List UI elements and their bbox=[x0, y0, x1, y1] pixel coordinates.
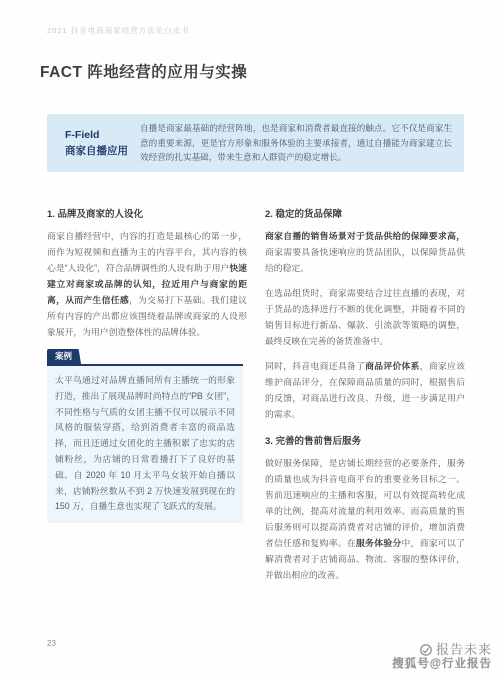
page-number: 23 bbox=[47, 639, 56, 648]
info-label-line2: 商家自播应用 bbox=[65, 143, 140, 159]
case-badge: 案例 bbox=[47, 349, 81, 364]
watermark-line1: 报告未来 bbox=[392, 643, 492, 658]
watermark-account: 搜狐号@行业报告 bbox=[392, 658, 492, 671]
whitepaper-page: 2021 抖音电商商家经营方法论白皮书 FACT 阵地经营的应用与实操 F-Fi… bbox=[0, 0, 500, 679]
section3-heading: 3. 完善的售前售后服务 bbox=[265, 435, 465, 449]
section1-heading: 1. 品牌及商家的人设化 bbox=[47, 208, 247, 222]
watermark: 报告未来 搜狐号@行业报告 bbox=[392, 643, 492, 671]
info-label-line1: F-Field bbox=[65, 127, 140, 143]
section1-body: 商家自播经营中，内容的打造是最核心的第一步，而作为短视频和直播为主的内容平台，其… bbox=[47, 228, 247, 340]
info-box-label: F-Field 商家自播应用 bbox=[47, 127, 140, 159]
section3-p1-bold: 服务体验分 bbox=[356, 538, 402, 548]
section2-p1-rest: 商家需要具备快速响应的货品团队，以保障货品供给的稳定。 bbox=[265, 247, 465, 273]
section3-paragraph-1: 做好服务保障，是店铺长期经营的必要条件，服务的质量也成为抖音电商平台的重要业务目… bbox=[265, 455, 465, 583]
section2-paragraph-1: 商家自播的销售场景对于货品供给的保障要求高，商家需要具备快速响应的货品团队，以保… bbox=[265, 228, 465, 276]
case-body: 太平鸟通过对品牌直播间所有主播统一的形象打造，推出了展现品牌时尚特点的“PB 女… bbox=[47, 366, 243, 523]
section2-heading: 2. 稳定的货品保障 bbox=[265, 208, 465, 222]
f-field-info-box: F-Field 商家自播应用 自播是商家最基础的经营阵地，也是商家和消费者最直接… bbox=[47, 114, 464, 172]
left-column: 1. 品牌及商家的人设化 商家自播经营中，内容的打造是最核心的第一步，而作为短视… bbox=[47, 208, 247, 592]
document-header: 2021 抖音电商商家经营方法论白皮书 bbox=[47, 25, 190, 36]
section2-p3-bold: 商品评价体系 bbox=[365, 361, 420, 371]
info-box-body: 自播是商家最基础的经营阵地，也是商家和消费者最直接的触点。它不仅是商家生意的重要… bbox=[140, 121, 464, 165]
right-column: 2. 稳定的货品保障 商家自播的销售场景对于货品供给的保障要求高，商家需要具备快… bbox=[265, 208, 465, 592]
case-study-block: 案例 太平鸟通过对品牌直播间所有主播统一的形象打造，推出了展现品牌时尚特点的“P… bbox=[47, 349, 243, 523]
section2-p3-pre: 同时，抖音电商还具备了 bbox=[265, 361, 365, 371]
section1-body-pre: 商家自播经营中，内容的打造是最核心的第一步，而作为短视频和直播为主的内容平台，其… bbox=[47, 231, 247, 273]
section3-p1-pre: 做好服务保障，是店铺长期经营的必要条件，服务的质量也成为抖音电商平台的重要业务目… bbox=[265, 458, 465, 548]
case-tab-row: 案例 bbox=[47, 349, 243, 366]
watermark-brand: 报告未来 bbox=[436, 643, 492, 658]
page-title: FACT 阵地经营的应用与实操 bbox=[40, 60, 247, 82]
watermark-logo-icon bbox=[419, 643, 433, 657]
section2-p1-bold: 商家自播的销售场景对于货品供给的保障要求高， bbox=[265, 231, 465, 241]
section2-paragraph-3: 同时，抖音电商还具备了商品评价体系，商家应该维护商品评分，在保障商品质量的同时，… bbox=[265, 358, 465, 422]
two-column-layout: 1. 品牌及商家的人设化 商家自播经营中，内容的打造是最核心的第一步，而作为短视… bbox=[47, 208, 465, 592]
section2-paragraph-2: 在选品组货时，商家需要结合过往直播的表现，对于货品的选择进行不断的优化调整，并随… bbox=[265, 285, 465, 349]
